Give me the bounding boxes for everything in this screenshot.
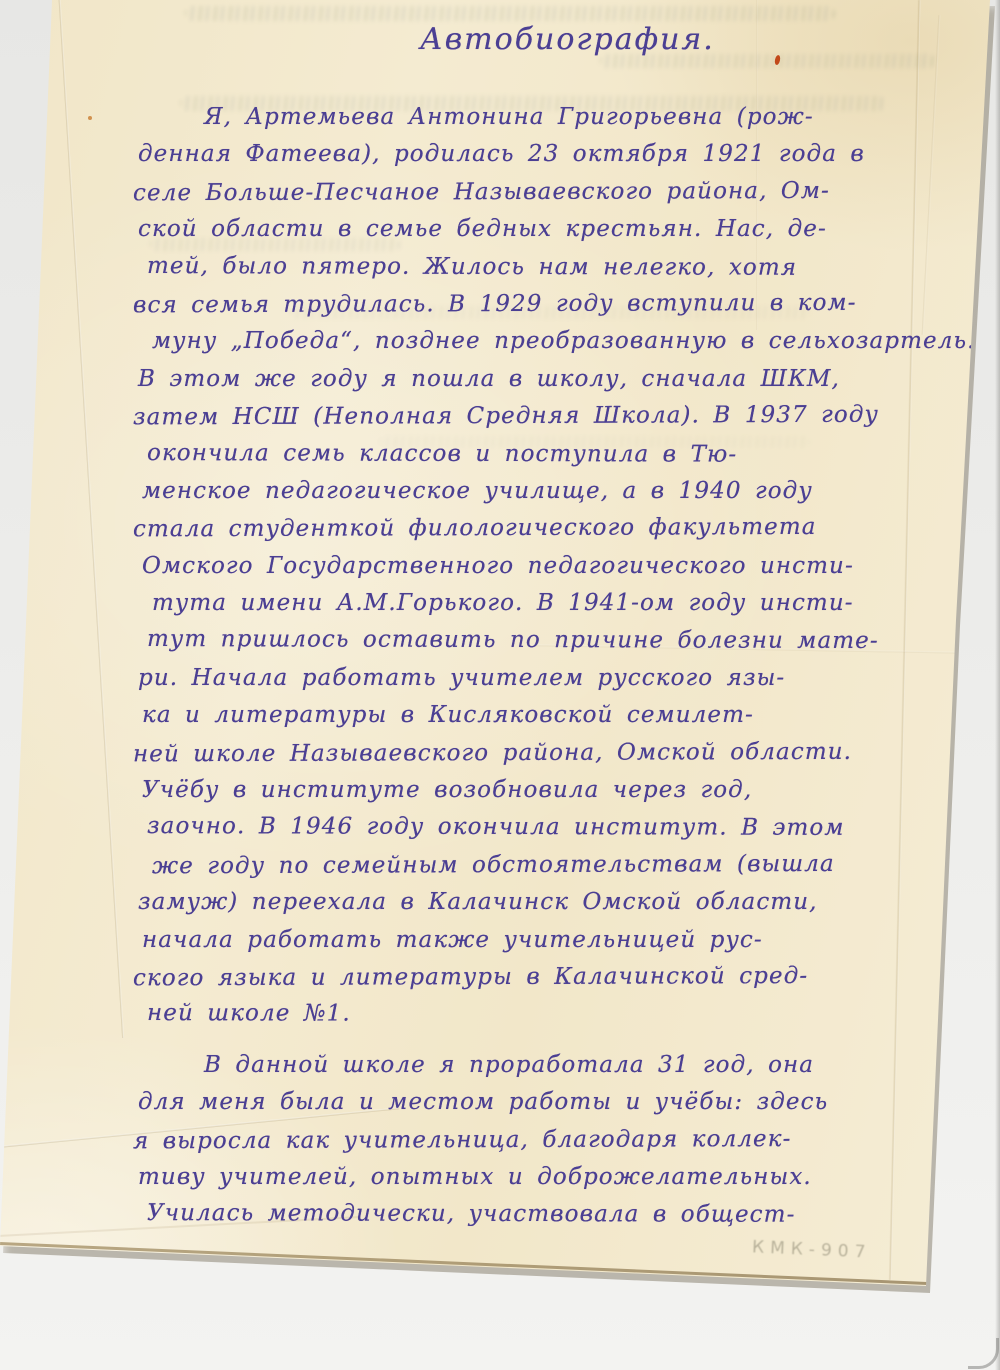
handwritten-line: ской области в семье бедных крестьян. На… bbox=[138, 216, 883, 253]
paragraph-2: В данной школе я проработала 31 год, она… bbox=[138, 1052, 883, 1239]
paper-crease bbox=[888, 0, 920, 1280]
handwritten-line: я выросла как учительница, благодаря кол… bbox=[133, 1125, 883, 1165]
handwritten-line: вся семья трудилась. В 1929 году вступил… bbox=[133, 290, 883, 330]
handwritten-line: тей, было пятеро. Жилось нам нелегко, хо… bbox=[147, 253, 883, 292]
handwritten-text: Я, Артемьева Антонина Григорьевна (рож-д… bbox=[138, 104, 883, 1239]
paper-sheet: Автобиография. Я, Артемьева Антонина Гри… bbox=[0, 0, 1000, 1370]
handwritten-line: В данной школе я проработала 31 год, она bbox=[142, 1052, 883, 1089]
handwritten-line: же году по семейным обстоятельствам (выш… bbox=[152, 851, 883, 891]
orange-speck bbox=[88, 116, 92, 120]
handwritten-line: Я, Артемьева Антонина Григорьевна (рож- bbox=[142, 104, 883, 141]
handwritten-line: заочно. В 1946 году окончила институт. В… bbox=[147, 813, 883, 852]
handwritten-line: тиву учителей, опытных и доброжелательны… bbox=[138, 1164, 883, 1201]
scanned-page: Автобиография. Я, Артемьева Антонина Гри… bbox=[0, 0, 1000, 1370]
handwritten-line: окончила семь классов и поступила в Тю- bbox=[147, 440, 883, 479]
handwritten-line: замуж) переехала в Калачинск Омской обла… bbox=[138, 889, 883, 926]
handwritten-line: ского языка и литературы в Калачинской с… bbox=[133, 963, 883, 1003]
pencil-inventory-mark: КМК-907 bbox=[752, 1237, 872, 1262]
handwritten-line: Омского Государственного педагогического… bbox=[142, 553, 883, 590]
paragraph-1: Я, Артемьева Антонина Григорьевна (рож-д… bbox=[138, 104, 883, 1039]
handwritten-line: менское педагогическое училище, а в 1940… bbox=[142, 478, 883, 515]
handwritten-line: ней школе №1. bbox=[147, 1000, 883, 1039]
scan-right-edge bbox=[995, 0, 1000, 1370]
handwritten-line: для меня была и местом работы и учёбы: з… bbox=[138, 1089, 883, 1126]
document-title: Автобиография. bbox=[420, 22, 715, 57]
handwritten-line: тута имени А.М.Горького. В 1941-ом году … bbox=[152, 590, 883, 627]
handwritten-line: денная Фатеева), родилась 23 октября 192… bbox=[138, 141, 883, 178]
handwritten-line: ри. Начала работать учителем русского яз… bbox=[138, 665, 883, 702]
handwritten-line: ка и литературы в Кисляковской семилет- bbox=[142, 702, 883, 739]
handwritten-line: тут пришлось оставить по причине болезни… bbox=[147, 627, 883, 666]
handwritten-line: селе Больше-Песчаное Называевского район… bbox=[133, 177, 883, 217]
bleed-through-text bbox=[185, 6, 835, 21]
handwritten-line: В этом же году я пошла в школу, сначала … bbox=[138, 366, 883, 403]
handwritten-line: Училась методически, участвовала в общес… bbox=[147, 1200, 883, 1239]
handwritten-line: Учёбу в институте возобновила через год, bbox=[142, 777, 883, 814]
paper-crease bbox=[922, 15, 941, 335]
handwritten-line: муну „Победа“, позднее преобразованную в… bbox=[152, 328, 883, 365]
handwritten-line: стала студенткой филологического факульт… bbox=[133, 514, 883, 554]
red-ink-speck bbox=[774, 55, 781, 66]
handwritten-line: начала работать также учительницей рус- bbox=[142, 927, 883, 964]
handwritten-line: затем НСШ (Неполная Средняя Школа). В 19… bbox=[133, 402, 883, 442]
paper-crease bbox=[58, 0, 124, 1038]
handwritten-line: ней школе Называевского района, Омской о… bbox=[133, 738, 883, 778]
